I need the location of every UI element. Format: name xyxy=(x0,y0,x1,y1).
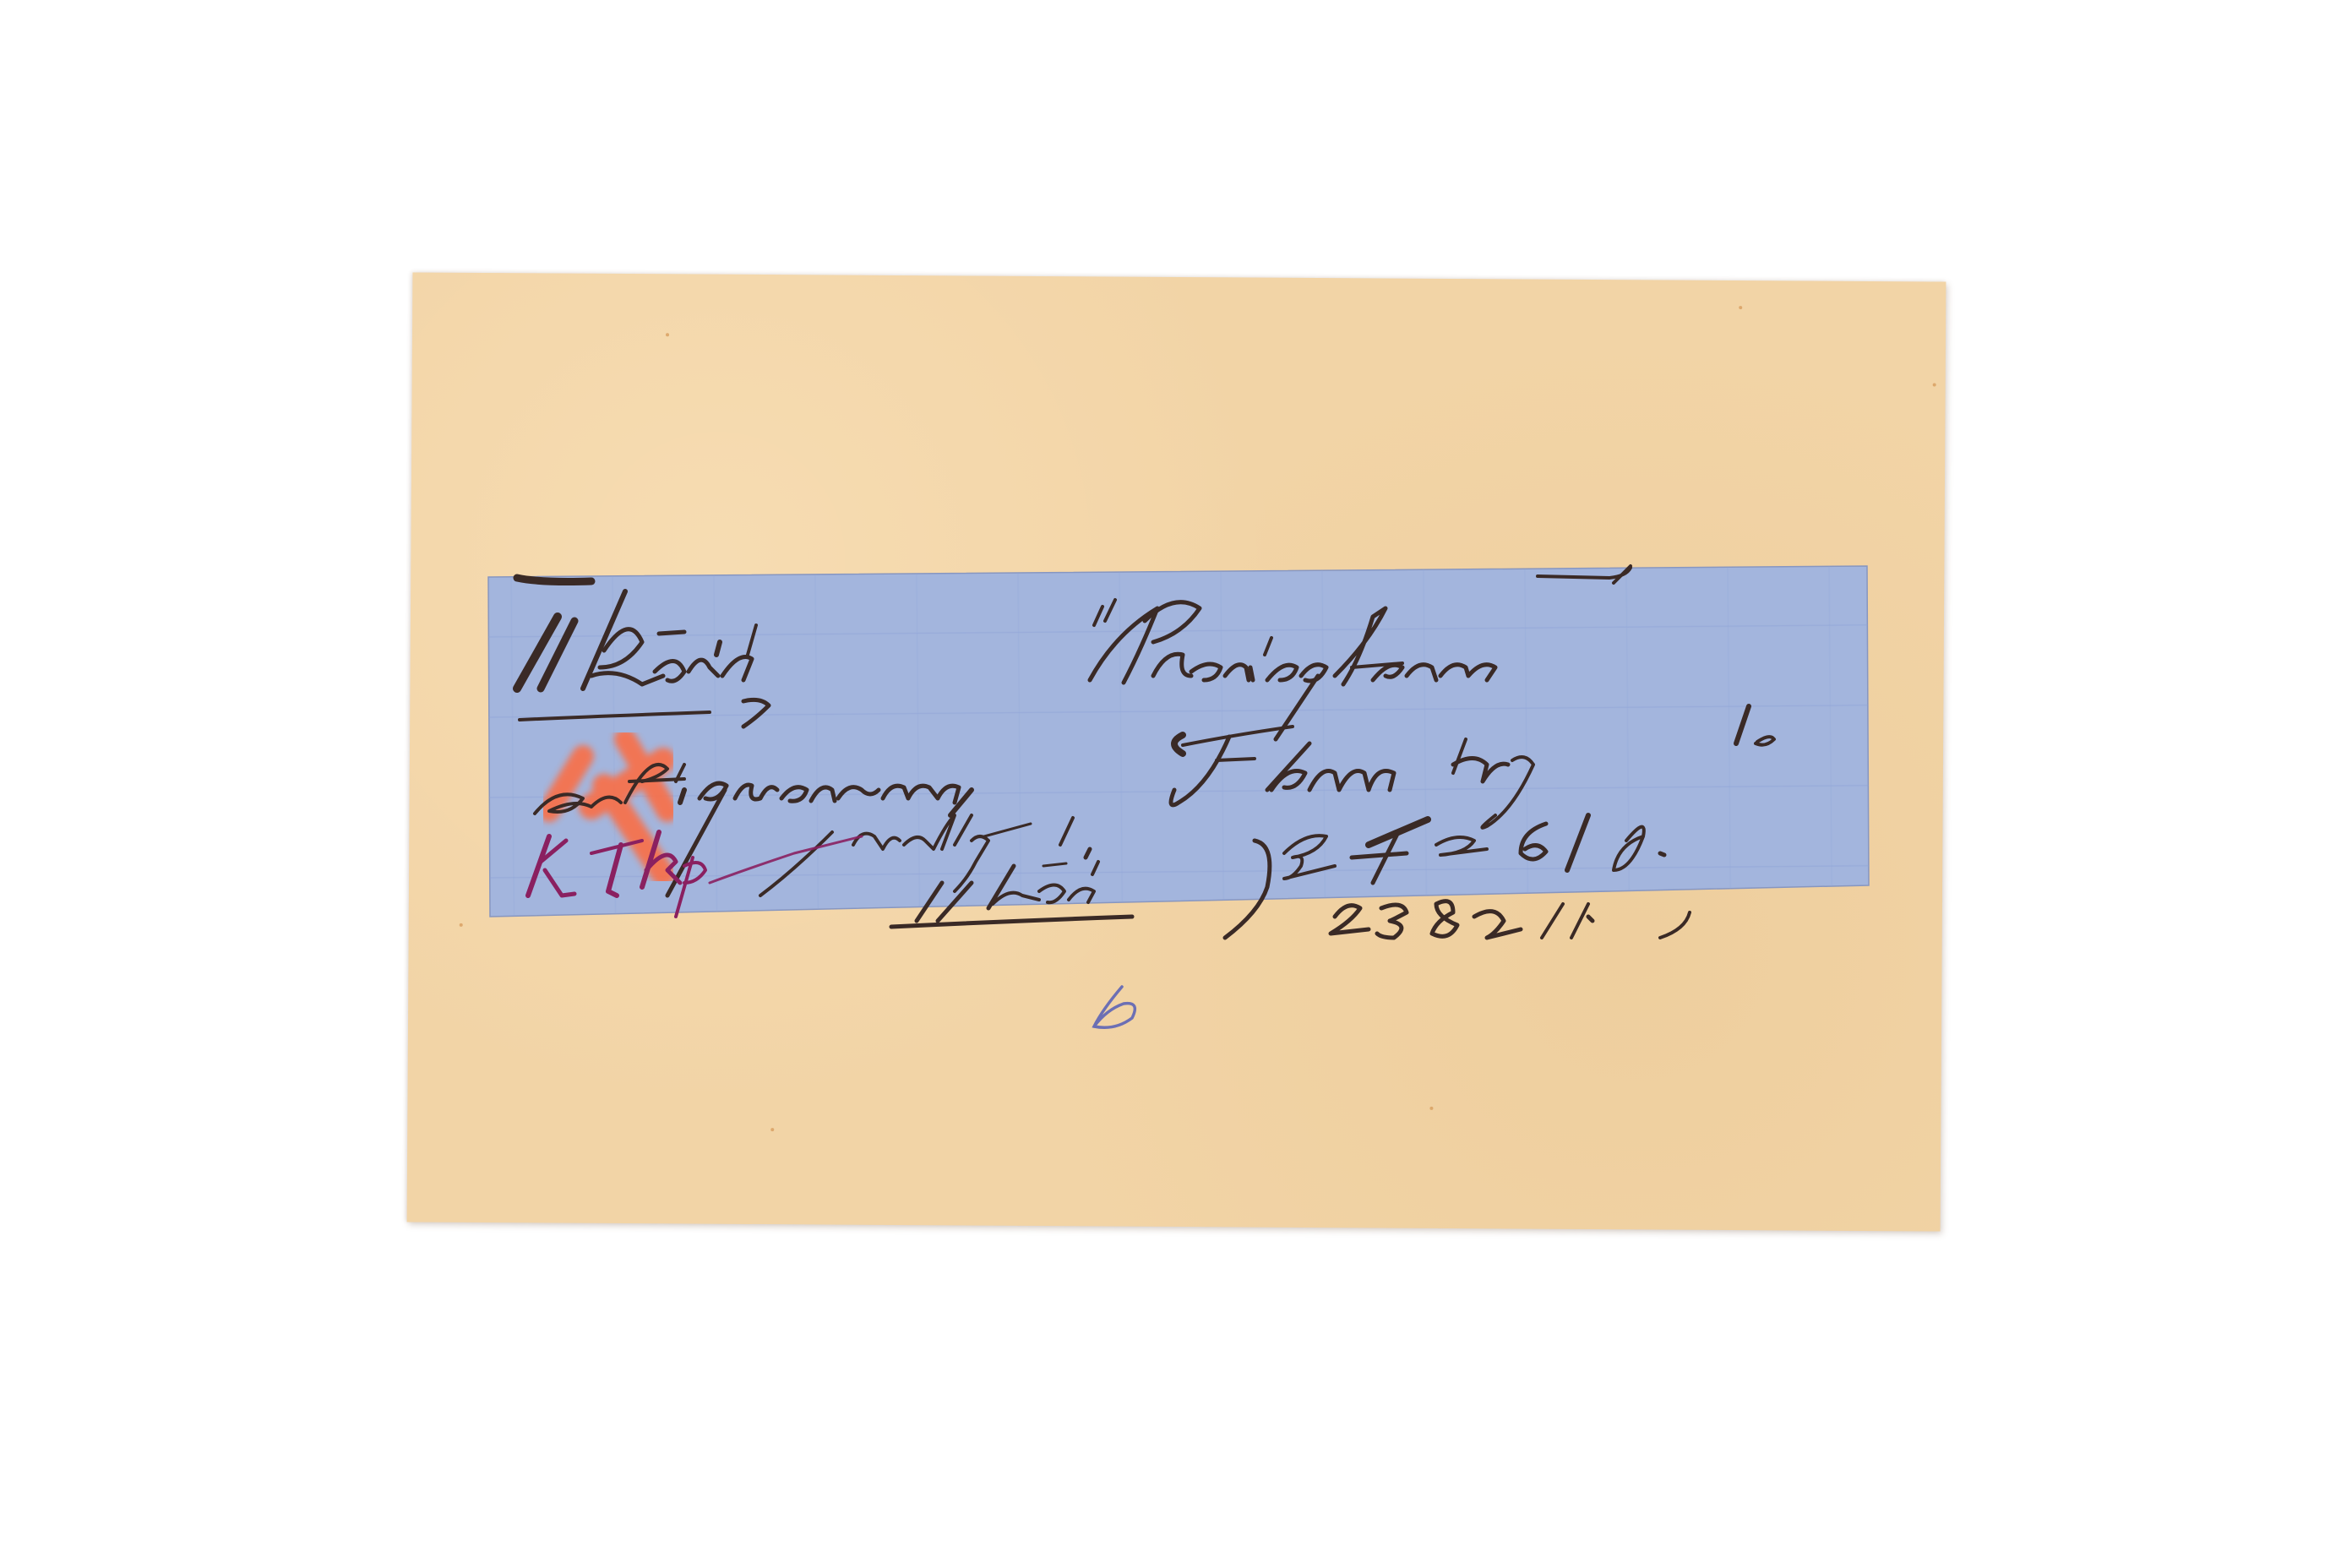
transcription-line-1: Ukāini "Phoenicopterus xyxy=(0,0,1,1)
transcription: Ukāini "Phoenicopterus antiquorum, Flami… xyxy=(0,0,1,1)
mounting-card xyxy=(407,272,1946,1231)
